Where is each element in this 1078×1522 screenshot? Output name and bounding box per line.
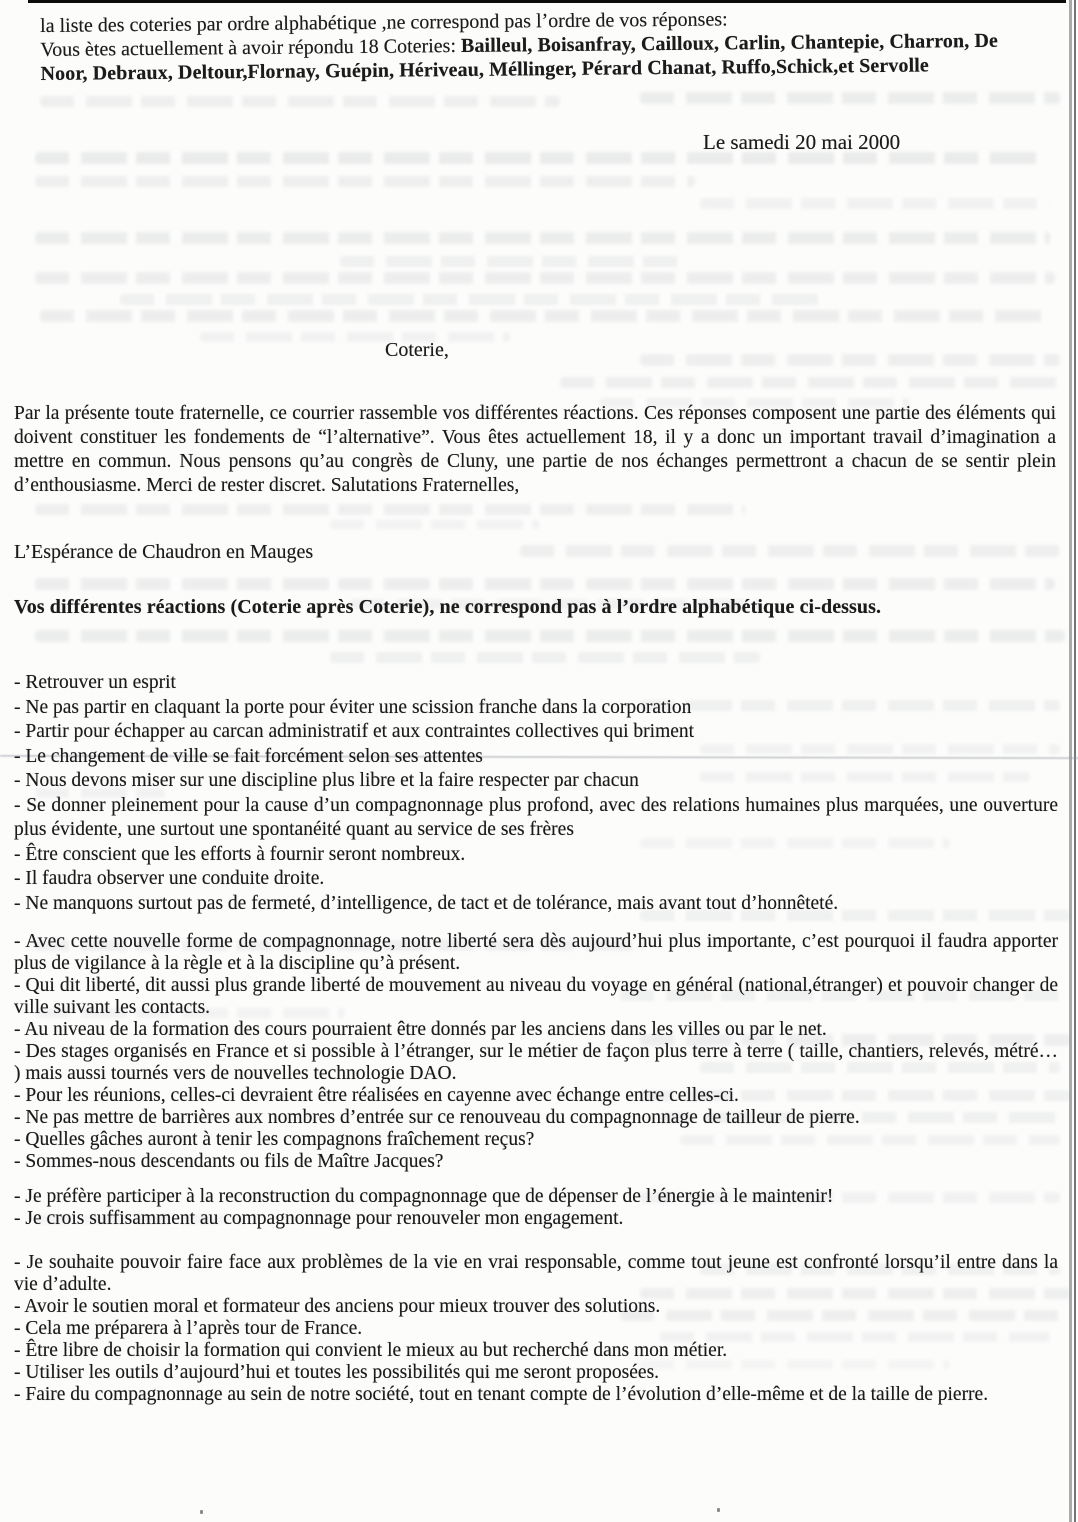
reaction-item: - Je souhaite pouvoir faire face aux pro… bbox=[14, 1252, 1058, 1296]
reaction-group: - Je souhaite pouvoir faire face aux pro… bbox=[14, 1252, 1058, 1406]
letter-content: la liste des coteries par ordre alphabét… bbox=[0, 0, 1078, 1522]
reaction-item: - Je crois suffisamment au compagnonnage… bbox=[14, 1208, 1058, 1230]
reaction-item: - Partir pour échapper au carcan adminis… bbox=[14, 720, 1058, 745]
intro-note: la liste des coteries par ordre alphabét… bbox=[40, 4, 1078, 86]
reaction-item: - Le changement de ville se fait forcéme… bbox=[14, 745, 1058, 770]
reaction-item: - Au niveau de la formation des cours po… bbox=[14, 1019, 1058, 1041]
reaction-item: - Être libre de choisir la formation qui… bbox=[14, 1340, 1058, 1362]
reaction-item: - Ne pas partir en claquant la porte pou… bbox=[14, 696, 1058, 721]
reaction-item: - Avec cette nouvelle forme de compagnon… bbox=[14, 931, 1058, 975]
reaction-item: - Qui dit liberté, dit aussi plus grande… bbox=[14, 975, 1058, 1019]
reaction-item: - Sommes-nous descendants ou fils de Maî… bbox=[14, 1151, 1058, 1173]
reaction-item: - Avoir le soutien moral et formateur de… bbox=[14, 1296, 1058, 1318]
reaction-group: - Je préfère participer à la reconstruct… bbox=[14, 1186, 1058, 1230]
reaction-item: - Nous devons miser sur une discipline p… bbox=[14, 769, 1058, 794]
reaction-item: - Se donner pleinement pour la cause d’u… bbox=[14, 794, 1058, 843]
reaction-item: - Pour les réunions, celles-ci devraient… bbox=[14, 1085, 1058, 1107]
reaction-item: - Des stages organisés en France et si p… bbox=[14, 1041, 1058, 1085]
reaction-item: - Ne manquons surtout pas de fermeté, d’… bbox=[14, 892, 1058, 917]
reaction-item: - Faire du compagnonnage au sein de notr… bbox=[14, 1384, 1058, 1406]
reactions-heading: Vos différentes réactions (Coterie après… bbox=[14, 596, 881, 619]
reaction-item: - Cela me préparera à l’après tour de Fr… bbox=[14, 1318, 1058, 1340]
scanned-letter-page: la liste des coteries par ordre alphabét… bbox=[0, 0, 1078, 1522]
reaction-group: - Avec cette nouvelle forme de compagnon… bbox=[14, 931, 1058, 1173]
reaction-item: - Je préfère participer à la reconstruct… bbox=[14, 1186, 1058, 1208]
reaction-item: - Ne pas mettre de barrières aux nombres… bbox=[14, 1107, 1058, 1129]
reaction-item: - Retrouver un esprit bbox=[14, 671, 1058, 696]
opening-paragraph: Par la présente toute fraternelle, ce co… bbox=[14, 402, 1056, 498]
reaction-item: - Utiliser les outils d’aujourd’hui et t… bbox=[14, 1362, 1058, 1384]
letter-date: Le samedi 20 mai 2000 bbox=[703, 130, 900, 155]
reaction-item: - Être conscient que les efforts à fourn… bbox=[14, 843, 1058, 868]
sender-name: L’Espérance de Chaudron en Mauges bbox=[14, 541, 313, 564]
salutation: Coterie, bbox=[385, 339, 449, 362]
reaction-item: - Quelles gâches auront à tenir les comp… bbox=[14, 1129, 1058, 1151]
reaction-item: - Il faudra observer une conduite droite… bbox=[14, 867, 1058, 892]
reaction-group: - Retrouver un esprit- Ne pas partir en … bbox=[14, 671, 1058, 916]
